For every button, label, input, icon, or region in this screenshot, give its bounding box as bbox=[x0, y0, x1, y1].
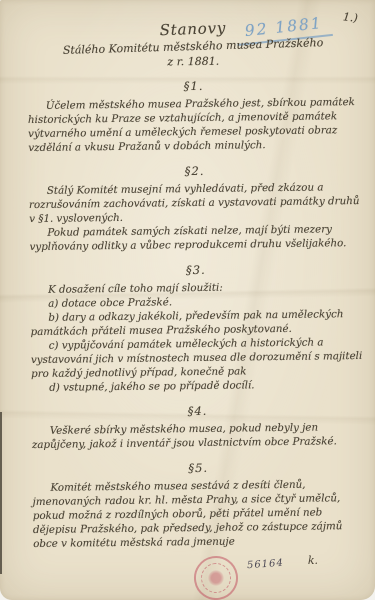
section-3-list-item-c: c) vypůjčování památek uměleckých a hist… bbox=[31, 335, 363, 381]
section-5-paragraph: Komitét městského musea sestává z desíti… bbox=[32, 477, 365, 551]
section-1-paragraph: Účelem městského musea Pražského jest, s… bbox=[28, 95, 361, 155]
section-3-heading: §3. bbox=[30, 261, 362, 279]
section-2-paragraph: Stálý Komitét musejní má vyhledávati, př… bbox=[29, 180, 361, 226]
section-3-list-item-d: d) vstupné, jakého se po případě docílí. bbox=[31, 377, 363, 395]
archive-number-annotation: 56164 bbox=[247, 558, 284, 572]
archive-stamp-icon bbox=[191, 553, 242, 600]
manuscript-content: Stanovy Stálého Komitétu městského musea… bbox=[27, 18, 365, 551]
section-5-heading: §5. bbox=[32, 459, 364, 477]
scan-edge bbox=[0, 412, 2, 574]
catchword-mark: k. bbox=[308, 554, 318, 567]
section-4-paragraph: Veškeré sbírky městského musea, pokud ne… bbox=[32, 420, 364, 452]
section-3: §3. K dosažení cíle toho mají sloužiti: … bbox=[30, 261, 364, 395]
section-4-heading: §4. bbox=[31, 402, 363, 420]
section-5: §5. Komitét městského musea sestává z de… bbox=[32, 459, 365, 551]
section-2-paragraph: Pokud památek samých získati nelze, mají… bbox=[29, 222, 361, 254]
paper-sheet: 1.) 92 1881 Stanovy Stálého Komitétu měs… bbox=[0, 0, 375, 600]
section-4: §4. Veškeré sbírky městského musea, poku… bbox=[31, 402, 364, 452]
section-1-heading: §1. bbox=[28, 77, 360, 95]
section-3-list-item-b: b) dary a odkazy jakékoli, především pak… bbox=[30, 307, 362, 339]
scanned-page: 1.) 92 1881 Stanovy Stálého Komitétu měs… bbox=[0, 0, 375, 600]
section-2: §2. Stálý Komitét musejní má vyhledávati… bbox=[29, 162, 362, 254]
section-1: §1. Účelem městského musea Pražského jes… bbox=[28, 77, 361, 155]
section-2-heading: §2. bbox=[29, 162, 361, 180]
